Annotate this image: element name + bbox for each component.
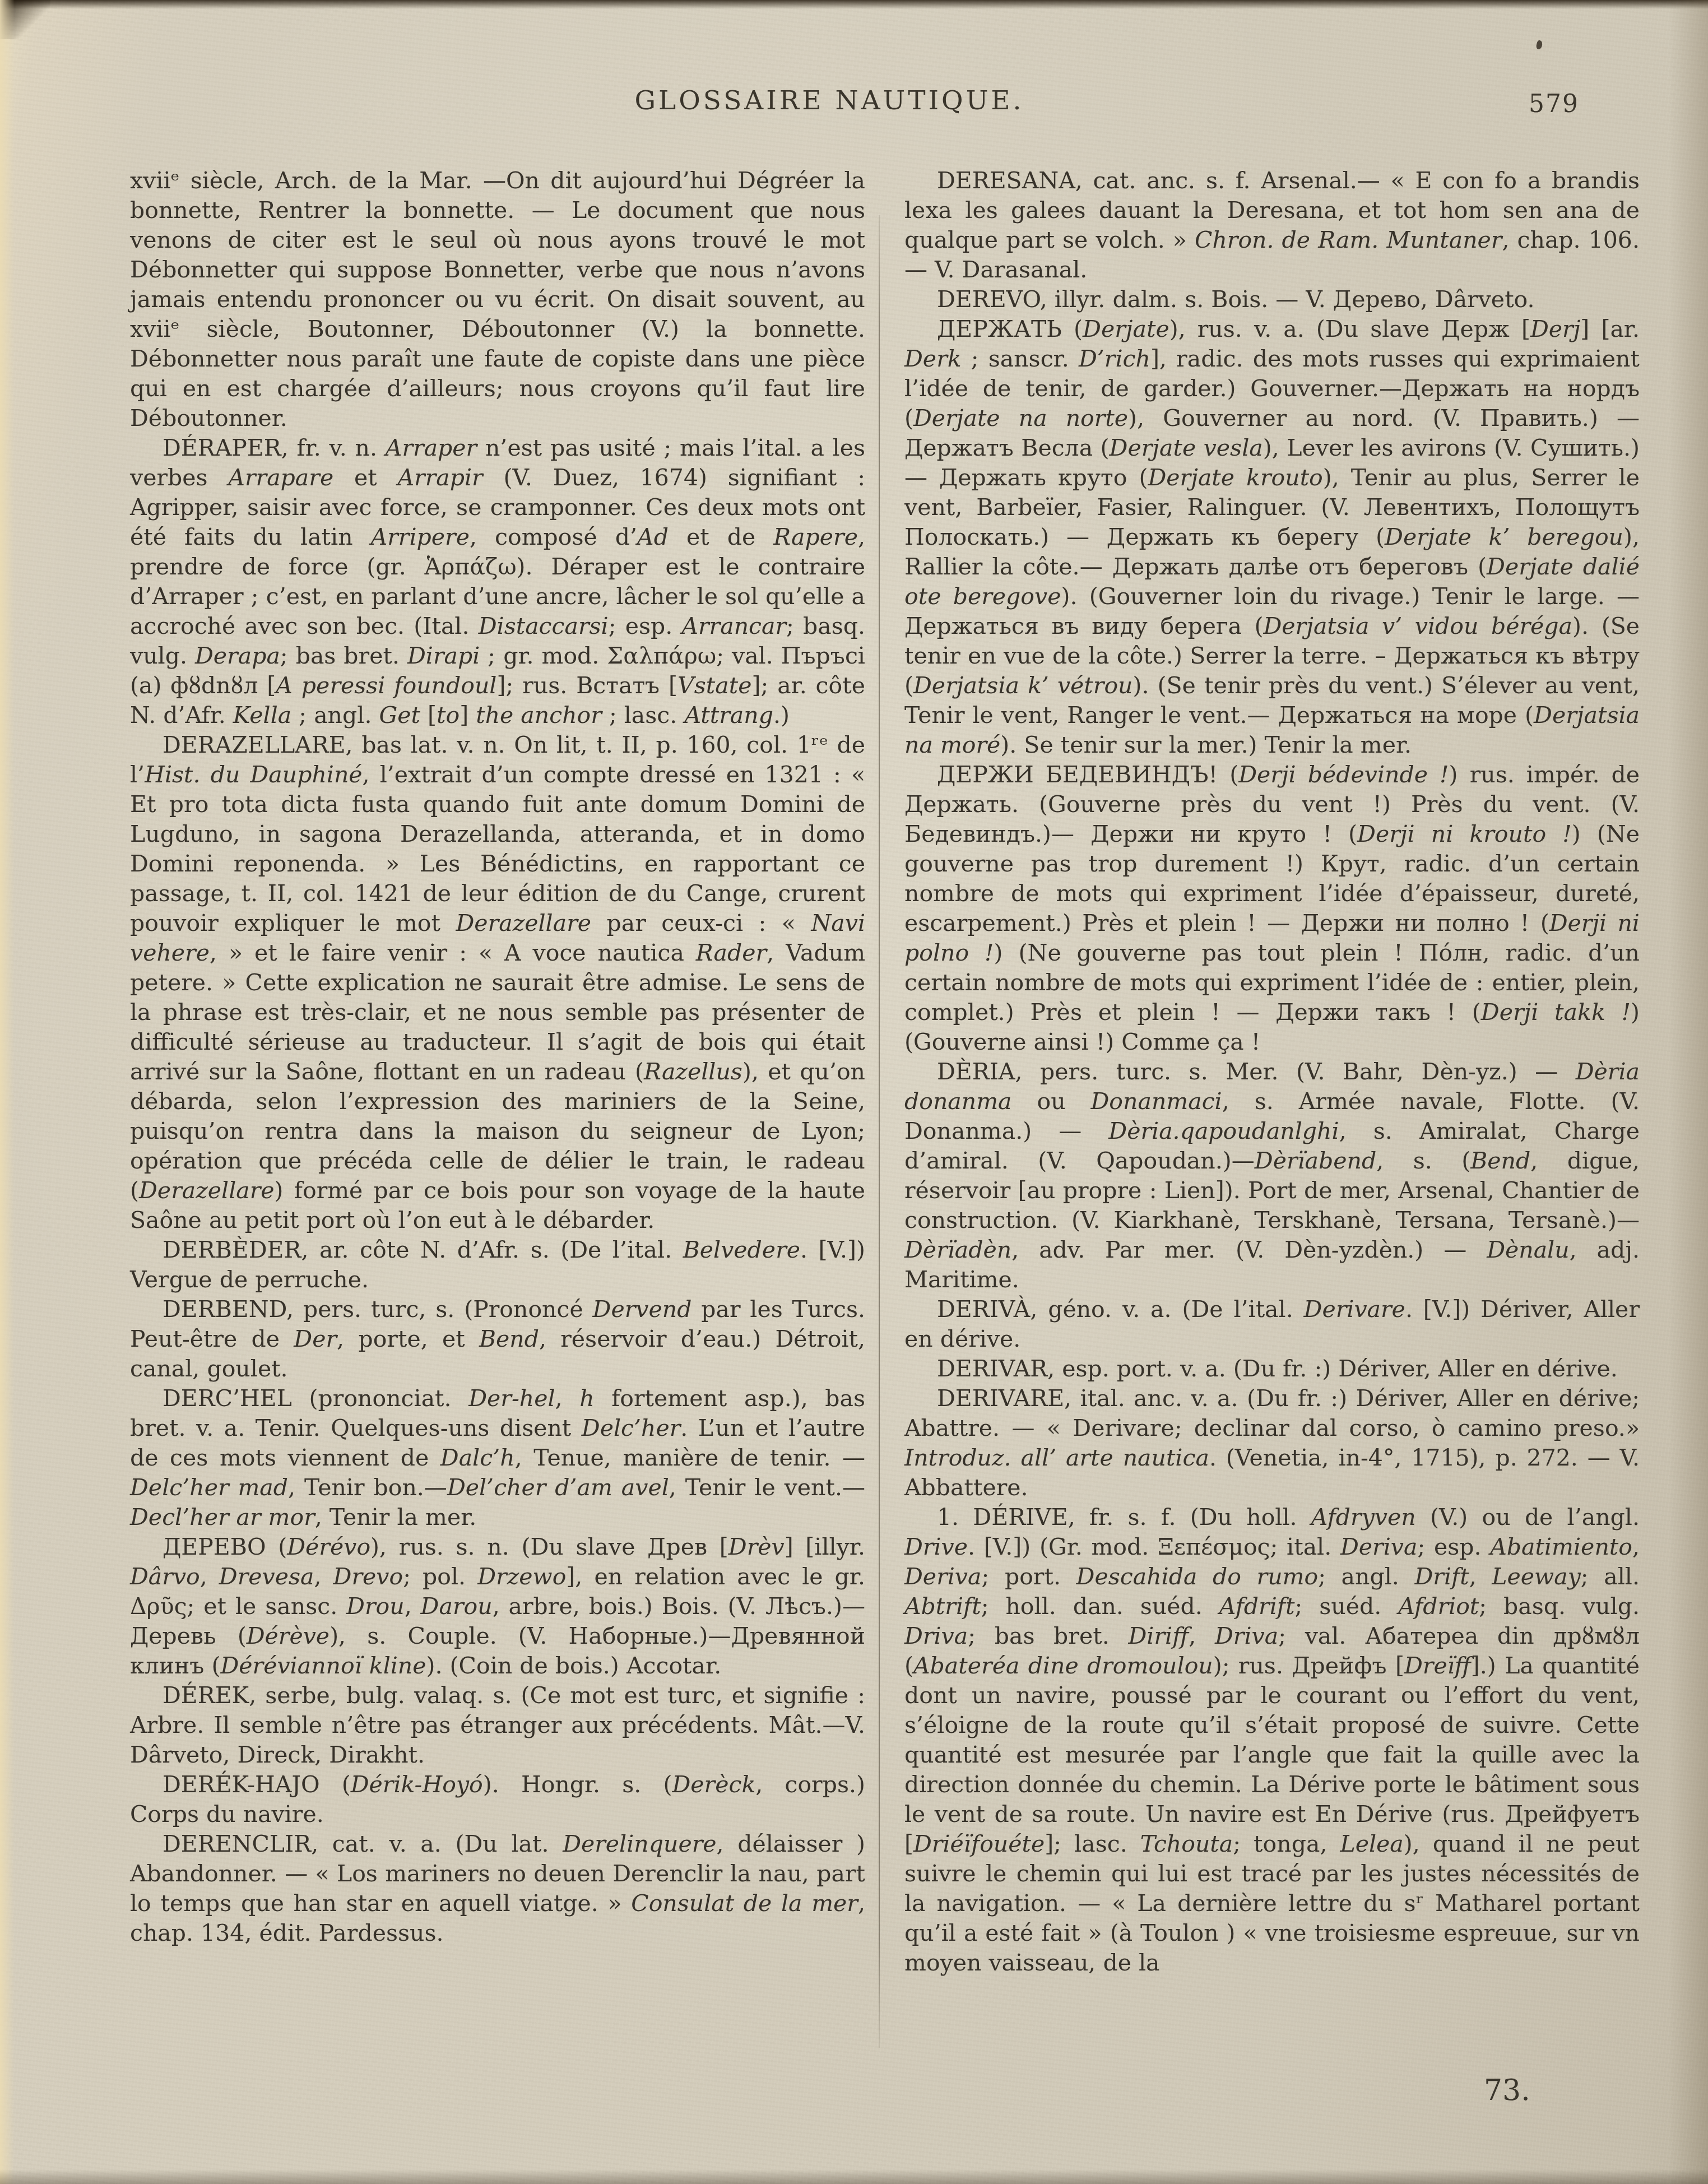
dictionary-entry: DERIVARE, ital. anc. v. a. (Du fr. :) Dé… <box>904 1384 1640 1503</box>
dictionary-entry: DERÉK-HAJO (Dérik-Hoyó). Hongr. s. (Derè… <box>130 1770 865 1829</box>
dictionary-entry: DERAZELLARE, bas lat. v. n. On lit, t. I… <box>130 730 865 1235</box>
dictionary-entry: DERC’HEL (prononciat. Der-hel, h forteme… <box>130 1384 865 1532</box>
ink-speck <box>1535 40 1543 50</box>
dictionary-entry: DÉRAPER, fr. v. n. Arraper n’est pas usi… <box>130 433 865 730</box>
dictionary-entry: ДЕРЖАТЬ (Derjate), rus. v. a. (Du slave … <box>904 314 1640 760</box>
dictionary-entry: DÉREK, serbe, bulg. valaq. s. (Ce mot es… <box>130 1681 865 1770</box>
dictionary-entry: DERIVAR, esp. port. v. a. (Du fr. :) Dér… <box>904 1354 1640 1384</box>
dictionary-entry: DÈRIA, pers. turc. s. Mer. (V. Bahr, Dèn… <box>904 1057 1640 1295</box>
dictionary-entry: ДЕРЕВО (Dérévo), rus. s. n. (Du slave Др… <box>130 1532 865 1681</box>
dictionary-entry: 1. DÉRIVE, fr. s. f. (Du holl. Afdryven … <box>904 1503 1640 1978</box>
page-edge-top <box>0 0 1708 9</box>
scanned-book-page: GLOSSAIRE NAUTIQUE. 579 xviiᵉ siècle, Ar… <box>0 0 1708 2184</box>
dictionary-entry: DERENCLIR, cat. v. a. (Du lat. Derelinqu… <box>130 1829 865 1948</box>
running-head-title: GLOSSAIRE NAUTIQUE. <box>130 85 1529 116</box>
page-edge-bottom <box>0 2169 1708 2184</box>
dictionary-entry: DERBEND, pers. turc, s. (Prononcé Derven… <box>130 1295 865 1384</box>
page-edge-left <box>0 0 15 2184</box>
page-edge-right <box>1669 0 1708 2184</box>
text-block: xviiᵉ siècle, Arch. de la Mar. —On dit a… <box>130 166 1640 1978</box>
dictionary-entry: DERBÈDER, ar. côte N. d’Afr. s. (De l’it… <box>130 1235 865 1295</box>
dictionary-entry: DEREVO, illyr. dalm. s. Bois. — V. Дерев… <box>904 285 1640 314</box>
printer-signature: 73. <box>1484 2074 1530 2107</box>
column-right: DERESANA, cat. anc. s. f. Arsenal.— « E … <box>904 166 1640 1978</box>
dictionary-entry: xviiᵉ siècle, Arch. de la Mar. —On dit a… <box>130 166 865 433</box>
page-number: 579 <box>1529 90 1579 118</box>
dictionary-entry: DERESANA, cat. anc. s. f. Arsenal.— « E … <box>904 166 1640 285</box>
dictionary-entry: DERIVÀ, géno. v. a. (De l’ital. Derivare… <box>904 1295 1640 1354</box>
column-left: xviiᵉ siècle, Arch. de la Mar. —On dit a… <box>130 166 865 1978</box>
dictionary-entry: ДЕРЖИ БЕДЕВИНДЪ! (Derji bédevinde !) rus… <box>904 760 1640 1057</box>
